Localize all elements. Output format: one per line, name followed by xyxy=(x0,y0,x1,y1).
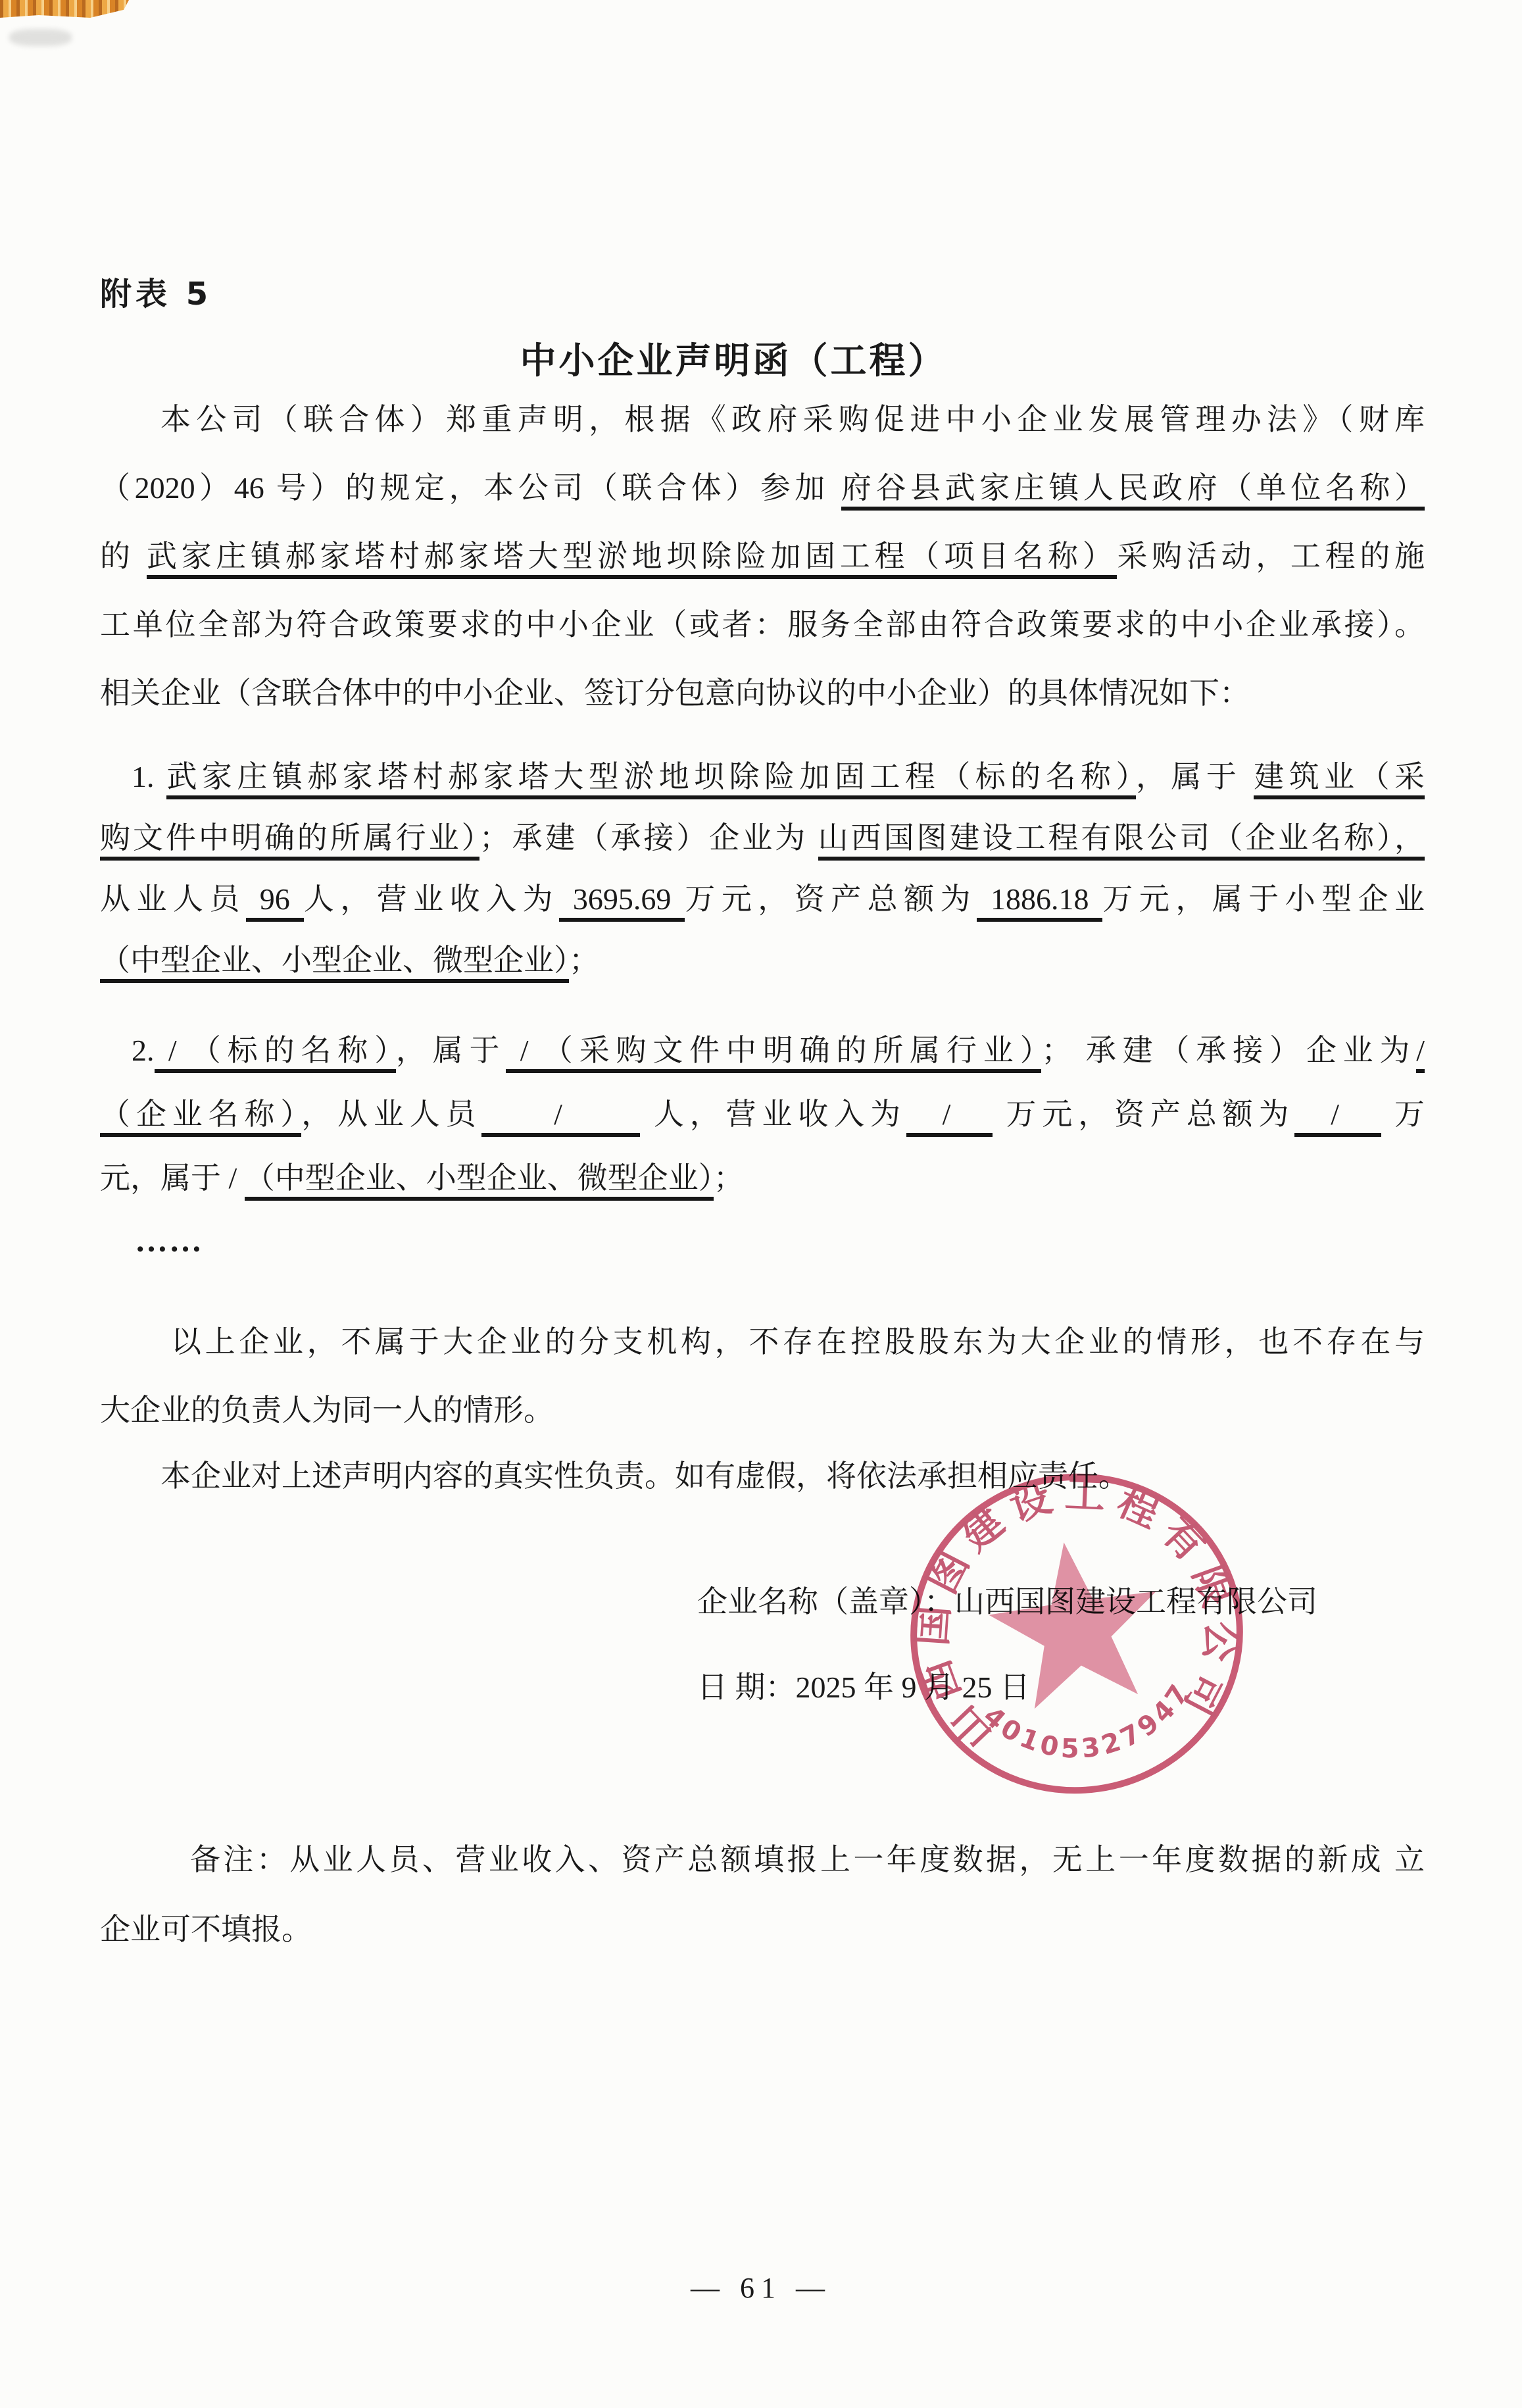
text-line: 相关企业（含联合体中的中小企业、签订分包意向协议的中小企业）的具体情况如下： xyxy=(100,659,1425,728)
text-line: 本公司（联合体）郑重声明，根据《政府采购促进中小企业发展管理办法》（财库 xyxy=(100,386,1425,454)
underlined-segment: / xyxy=(1416,1034,1425,1073)
underlined-segment: / xyxy=(906,1097,993,1137)
text-segment: 工单位全部为符合政策要求的中小企业（或者：服务全部由符合政策要求的中小企业承接）… xyxy=(100,608,1425,641)
text-segment: ； xyxy=(714,1161,744,1195)
scan-artifact-smudge xyxy=(9,29,72,46)
text-segment: 万元，属于小型企业 xyxy=(1102,882,1425,916)
text-segment: ； xyxy=(569,943,599,977)
text-line: 工单位全部为符合政策要求的中小企业（或者：服务全部由符合政策要求的中小企业承接）… xyxy=(100,591,1425,659)
declaration-item-1: 1. 武家庄镇郝家塔村郝家塔大型淤地坝除险加固工程（标的名称），属于 建筑业（采… xyxy=(100,746,1425,991)
text-segment: 人，营业收入为 xyxy=(304,882,559,916)
ellipsis-mark: …… xyxy=(135,1221,203,1259)
text-segment: ； 承建（承接）企业为 xyxy=(1041,1034,1416,1067)
text-line: 企业可不填报。 xyxy=(100,1895,1425,1965)
text-line: 购文件中明确的所属行业）；承建（承接）企业为 山西国图建设工程有限公司（企业名称… xyxy=(100,807,1425,868)
text-line: （企业名称），从业人员 / 人，营业收入为 / 万元，资产总额为 / 万 xyxy=(100,1082,1425,1146)
text-line: 大企业的负责人为同一人的情形。 xyxy=(100,1376,1425,1445)
underlined-segment: 建筑业（采 xyxy=(1254,760,1425,799)
declaration-item-2: 2. / （标的名称），属于 / （采购文件中明确的所属行业）； 承建（承接）企… xyxy=(100,1018,1425,1210)
underlined-segment: （中型企业、小型企业、微型企业） xyxy=(245,1161,714,1201)
intro-paragraph: 本公司（联合体）郑重声明，根据《政府采购促进中小企业发展管理办法》（财库 （20… xyxy=(100,386,1425,728)
company-seal: 山西国图建设工程有限公司 1401053279479 xyxy=(902,1467,1255,1800)
scan-artifact-tabs xyxy=(0,0,129,18)
text-line: （中型企业、小型企业、微型企业）； xyxy=(100,930,1425,991)
underlined-segment: 3695.69 xyxy=(559,882,685,922)
text-segment: 1. xyxy=(132,760,166,793)
text-segment: 元，属于 / xyxy=(100,1161,245,1195)
text-line: 2. / （标的名称），属于 / （采购文件中明确的所属行业）； 承建（承接）企… xyxy=(100,1018,1425,1082)
text-segment: 大企业的负责人为同一人的情形。 xyxy=(100,1393,554,1427)
note-paragraph: 备注：从业人员、营业收入、资产总额填报上一年度数据，无上一年度数据的新成 立 企… xyxy=(100,1825,1425,1965)
text-segment: 从业人员 xyxy=(100,882,246,916)
underlined-segment: 96 xyxy=(246,882,304,922)
text-segment: ，属于 xyxy=(396,1034,506,1067)
text-segment: 万元，资产总额为 xyxy=(685,882,977,916)
text-segment: 万 xyxy=(1381,1097,1425,1131)
text-segment: 备注：从业人员、营业收入、资产总额填报上一年度数据，无上一年度数据的新成 立 xyxy=(190,1843,1425,1876)
text-segment: 采购活动，工程的施 xyxy=(1117,539,1425,573)
underlined-segment: （企业名称） xyxy=(100,1097,301,1137)
text-segment: 相关企业（含联合体中的中小企业、签订分包意向协议的中小企业）的具体情况如下： xyxy=(100,676,1250,710)
underlined-segment: / xyxy=(1294,1097,1381,1137)
text-line: 从业人员 96 人，营业收入为 3695.69 万元，资产总额为 1886.18… xyxy=(100,868,1425,930)
underlined-segment: 购文件中明确的所属行业） xyxy=(100,821,479,861)
seal-star-icon xyxy=(980,1530,1169,1713)
page-number: — 61 — xyxy=(0,2271,1522,2305)
text-segment: 人，营业收入为 xyxy=(640,1097,906,1131)
text-segment: ，属于 xyxy=(1136,760,1254,793)
underlined-segment: 府谷县武家庄镇人民政府（单位名称） xyxy=(841,471,1425,511)
document-page: 附表 5 中小企业声明函（工程） 本公司（联合体）郑重声明，根据《政府采购促进中… xyxy=(0,0,1522,2408)
text-line: 以上企业，不属于大企业的分支机构，不存在控股股东为大企业的情形，也不存在与 xyxy=(100,1308,1425,1376)
text-segment: ，从业人员 xyxy=(301,1097,481,1131)
underlined-segment: 武家庄镇郝家塔村郝家塔大型淤地坝除险加固工程（标的名称） xyxy=(166,760,1136,799)
branch-statement-paragraph: 以上企业，不属于大企业的分支机构，不存在控股股东为大企业的情形，也不存在与 大企… xyxy=(100,1308,1425,1445)
underlined-segment: 1886.18 xyxy=(977,882,1102,922)
text-segment: ；承建（承接）企业为 xyxy=(479,821,818,855)
text-segment: 企业可不填报。 xyxy=(100,1913,312,1946)
text-segment: 2. xyxy=(132,1034,155,1067)
text-segment: 本公司（联合体）郑重声明，根据《政府采购促进中小企业发展管理办法》（财库 xyxy=(160,403,1425,436)
underlined-segment: / （采购文件中明确的所属行业） xyxy=(506,1034,1041,1073)
text-line: 元，属于 / （中型企业、小型企业、微型企业）； xyxy=(100,1146,1425,1210)
underlined-segment: / xyxy=(481,1097,640,1137)
underlined-segment: 山西国图建设工程有限公司（企业名称）， xyxy=(818,821,1425,861)
text-line: （2020）46 号）的规定，本公司（联合体）参加 府谷县武家庄镇人民政府（单位… xyxy=(100,454,1425,522)
text-line: 的 武家庄镇郝家塔村郝家塔大型淤地坝除险加固工程（项目名称）采购活动，工程的施 xyxy=(100,522,1425,591)
underlined-segment: / （标的名称） xyxy=(155,1034,396,1073)
text-segment: 的 xyxy=(100,539,147,573)
annex-label: 附表 5 xyxy=(100,268,212,314)
underlined-segment: （中型企业、小型企业、微型企业） xyxy=(100,943,569,983)
text-segment: （2020）46 号）的规定，本公司（联合体）参加 xyxy=(100,471,841,505)
text-segment: 以上企业，不属于大企业的分支机构，不存在控股股东为大企业的情形，也不存在与 xyxy=(171,1325,1425,1359)
text-line: 备注：从业人员、营业收入、资产总额填报上一年度数据，无上一年度数据的新成 立 xyxy=(100,1825,1425,1895)
text-line: 1. 武家庄镇郝家塔村郝家塔大型淤地坝除险加固工程（标的名称），属于 建筑业（采 xyxy=(100,746,1425,807)
document-title: 中小企业声明函（工程） xyxy=(0,332,1494,384)
underlined-segment: 武家庄镇郝家塔村郝家塔大型淤地坝除险加固工程（项目名称） xyxy=(147,539,1117,579)
text-segment: 万元，资产总额为 xyxy=(993,1097,1294,1131)
